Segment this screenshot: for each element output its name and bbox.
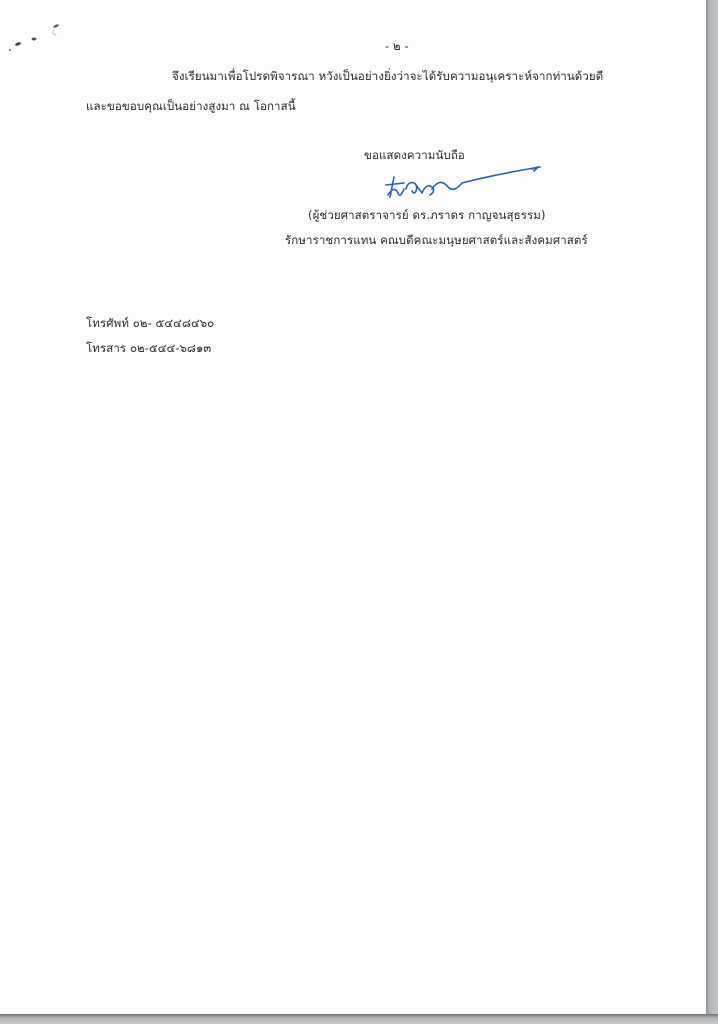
phone-number: โทรศัพท์ ๐๒- ๕๔๔๘๔๖๐ xyxy=(86,315,214,333)
page-number: - ๒ - xyxy=(385,38,409,56)
body-paragraph-line-1: จึงเรียนมาเพื่อโปรดพิจารณา หวังเป็นอย่าง… xyxy=(172,68,603,86)
signatory-name: (ผู้ช่วยศาสตราจารย์ ดร.ภราดร กาญจนสุธรรม… xyxy=(308,207,546,225)
document-page: - ๒ - จึงเรียนมาเพื่อโปรดพิจารณา หวังเป็… xyxy=(0,0,706,1014)
body-paragraph-line-2: และขอขอบคุณเป็นอย่างสูงมา ณ โอกาสนี้ xyxy=(86,98,296,116)
signatory-position: รักษาราชการแทน คณบดีคณะมนุษยศาสตร์และสัง… xyxy=(285,232,588,250)
scan-speck-marks xyxy=(4,18,64,58)
signature-icon xyxy=(380,163,550,205)
scan-edge-right xyxy=(706,0,718,1024)
fax-number: โทรสาร ๐๒-๕๔๔-๖๘๑๓ xyxy=(86,340,211,358)
scan-edge-bottom xyxy=(0,1014,718,1024)
